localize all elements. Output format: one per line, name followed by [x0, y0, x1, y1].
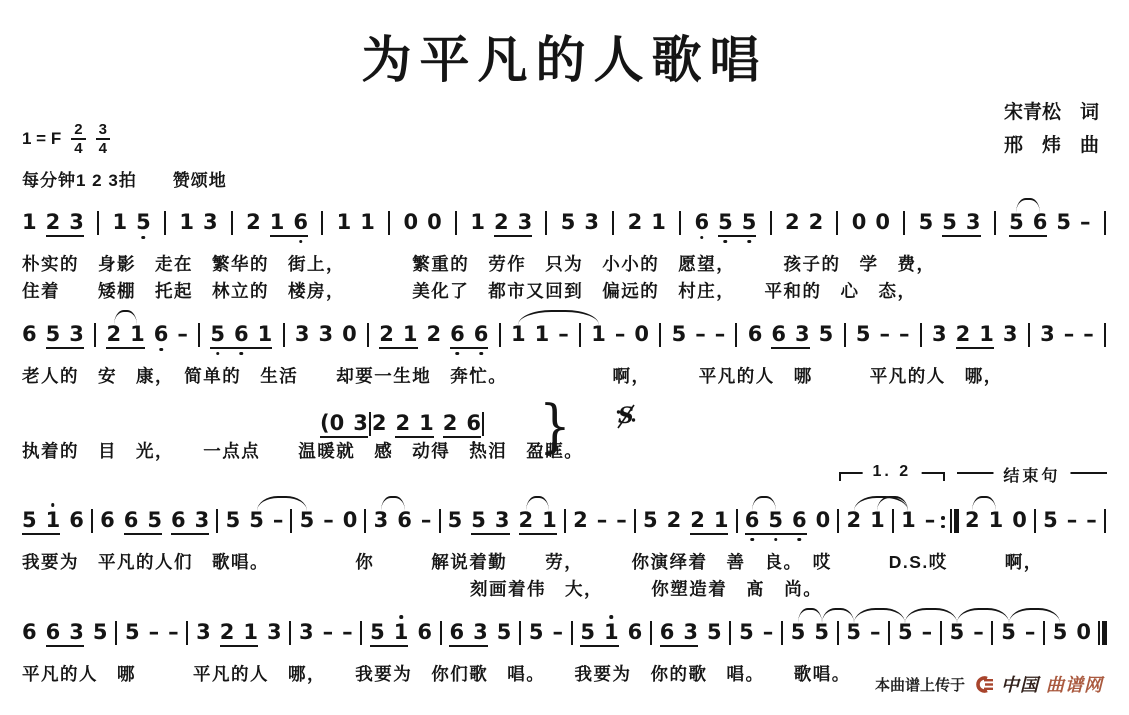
rest: 0 [1076, 622, 1091, 647]
measure: 21 [628, 212, 666, 237]
barline [499, 323, 501, 347]
barline [186, 621, 188, 645]
note: 6 [660, 622, 675, 643]
barline [770, 211, 772, 235]
bracket-label: 1. 2 [863, 463, 922, 481]
beam-group: 21 [395, 413, 433, 438]
barline [364, 509, 366, 533]
note: 6 [124, 510, 139, 531]
dash: – [715, 324, 726, 349]
slur-arc [518, 310, 598, 325]
note: 2 [628, 212, 643, 237]
barline [1104, 509, 1106, 533]
barline [91, 509, 93, 533]
barline [545, 211, 547, 235]
site-watermark[interactable]: 本曲谱上传于 中国 曲谱网 [875, 671, 1103, 697]
note: 3 [69, 324, 84, 345]
note: 2 [494, 212, 509, 233]
barline [216, 509, 218, 533]
note: 1 [337, 212, 352, 237]
segno-icon: S [615, 403, 637, 434]
barline [940, 621, 942, 645]
note: 3 [518, 212, 533, 233]
barline [94, 323, 96, 347]
beam-group: 23 [46, 212, 84, 237]
dash: – [879, 324, 890, 349]
barline [564, 509, 566, 533]
note: 1 [604, 622, 619, 643]
dash: – [421, 510, 432, 535]
slur-arc [822, 608, 854, 623]
measure: 6635 [748, 324, 834, 349]
brace: } [539, 403, 571, 449]
inline-phrase-notes: (0322126 [320, 398, 485, 438]
note: 5 [448, 510, 463, 535]
slur-arc [526, 496, 550, 511]
note: 3 [374, 510, 389, 535]
inline-phrase-row: (0322126 } S [320, 392, 1107, 438]
measure: 2–– [573, 510, 627, 535]
note: 2 [220, 622, 235, 643]
measure: 655 [694, 212, 756, 237]
note: 6 [449, 622, 464, 643]
barline [321, 211, 323, 235]
barline [634, 509, 636, 533]
barline [482, 412, 484, 436]
note: 5 [93, 622, 108, 647]
beam-group: 21 [956, 324, 994, 349]
ending-bracket: 结束句 [957, 472, 1107, 482]
measure: 210 [965, 510, 1027, 535]
note: 6 [22, 622, 37, 647]
lyrics-line-2-verse-1: 老人的 安 康， 简单的 生活 却要一生地 奔忙。 啊， 平凡的人 哪 平凡的人… [22, 363, 1107, 388]
barline [115, 621, 117, 645]
lyricist-credit: 宋青松 词 [1004, 96, 1099, 129]
barline [369, 412, 371, 436]
note: 2 [847, 510, 862, 535]
measure: 00 [403, 212, 441, 237]
beam-group: 66 [450, 324, 488, 349]
beam-group: 51 [370, 622, 408, 647]
rest: 0 [342, 324, 357, 349]
note: 3 [1003, 324, 1018, 349]
measure: 3213 [196, 622, 282, 647]
song-title: 为平凡的人歌唱 [22, 20, 1107, 92]
note: 5 [46, 324, 61, 345]
note: 3 [966, 212, 981, 233]
slur-arc [257, 496, 307, 511]
note: 6 [397, 510, 412, 535]
note: 2 [965, 510, 980, 535]
sheet-music-page: 为平凡的人歌唱 宋青松 词 邢 炜 曲 1 = F 2 4 3 4 每分钟1 2… [0, 0, 1129, 709]
note: 2 [395, 413, 410, 434]
measure: 5– [739, 622, 773, 647]
note: 5 [147, 510, 162, 531]
volta-bracket: 1. 2 [839, 472, 946, 482]
note: 1 [270, 212, 285, 233]
lyrics-line-3-verse-1: 我要为 平凡的人们 歌唱。 你 解说着勤 劳， 你演绎着 善 良。 哎 D.S.… [22, 549, 1107, 574]
measure: 21 [847, 510, 885, 535]
measure: 216– [106, 324, 187, 349]
dash: – [1080, 212, 1091, 237]
note: 2 [106, 324, 121, 345]
note: 6 [46, 622, 61, 643]
measure: 5–0 [300, 510, 358, 535]
measure: 565– [1009, 212, 1090, 237]
note: 1 [419, 413, 434, 434]
note: 2 [667, 510, 682, 535]
measure: 5–– [856, 324, 910, 349]
note: 6 [474, 324, 489, 345]
note: 5 [819, 324, 834, 349]
note: 3 [267, 622, 282, 647]
note: 5 [898, 622, 913, 647]
barline [991, 621, 993, 645]
dash: – [615, 324, 626, 349]
measure: 55 [791, 622, 829, 647]
note: 5 [249, 510, 264, 535]
note: 6 [628, 622, 643, 647]
beam-group: 26 [443, 413, 481, 438]
beam-group: 63 [449, 622, 487, 647]
beam-group: 23 [494, 212, 532, 237]
barline [1028, 323, 1030, 347]
measure: 635 [660, 622, 722, 647]
slur-arc [972, 496, 996, 511]
barline [994, 211, 996, 235]
dash: – [1025, 622, 1036, 647]
measure: 6560 [745, 510, 831, 535]
measure: 6635 [22, 622, 108, 647]
measure: 3213 [932, 324, 1018, 349]
dash: – [870, 622, 881, 647]
beam-group: 561 [210, 324, 272, 349]
note: 6 [171, 510, 186, 531]
slur-arc [854, 608, 906, 623]
note: 3 [683, 622, 698, 643]
note: 3 [495, 510, 510, 531]
rest: 0 [634, 324, 649, 349]
measure: 553 [919, 212, 981, 237]
note: 5 [768, 510, 783, 531]
note: 3 [473, 622, 488, 643]
note: 1 [360, 212, 375, 237]
site-name-rest: 曲谱网 [1046, 671, 1103, 697]
measure: 5–– [672, 324, 726, 349]
rest: 0 [816, 510, 831, 535]
dash: – [1086, 510, 1097, 535]
note: 5 [791, 622, 806, 647]
note: 5 [210, 324, 225, 345]
note: 6 [771, 324, 786, 345]
measure: 55321 [448, 510, 557, 535]
beam-group: 21 [690, 510, 728, 535]
note: 3 [584, 212, 599, 237]
barline [679, 211, 681, 235]
rest: 0 [852, 212, 867, 237]
note: 5 [1053, 622, 1068, 647]
barline [198, 323, 200, 347]
note: 1 [46, 510, 61, 531]
beam-group: 21 [519, 510, 557, 535]
note: 2 [573, 510, 588, 535]
music-line-4: 66355––32133––5166355–5166355–555–5–5–5–… [22, 601, 1107, 655]
dash: – [1083, 324, 1094, 349]
note: 5 [739, 622, 754, 647]
note: 1 [258, 324, 273, 345]
barline [650, 621, 652, 645]
note: 5 [22, 510, 37, 531]
beam-group: (03 [320, 413, 368, 438]
note: 5 [950, 622, 965, 647]
note: 5 [1043, 510, 1058, 535]
beam-group: 53 [46, 324, 84, 349]
note: 2 [443, 413, 458, 434]
barline [735, 323, 737, 347]
note: 1 [130, 324, 145, 345]
note: 3 [299, 622, 314, 647]
measure: 635 [449, 622, 511, 647]
note: 5 [718, 212, 733, 233]
note: 2 [46, 212, 61, 233]
slur-arc [1016, 198, 1040, 213]
barline [837, 509, 839, 533]
final-barline [1098, 621, 1107, 645]
dash: – [597, 510, 608, 535]
site-logo-icon [972, 675, 994, 694]
barline [579, 323, 581, 347]
note: 5 [226, 510, 241, 535]
dash: – [899, 324, 910, 349]
beam-group: 53 [942, 212, 980, 237]
measure: 3–– [299, 622, 353, 647]
barline [920, 323, 922, 347]
beam-group: 63 [660, 622, 698, 647]
beam-group: 51 [580, 622, 618, 647]
measure: 55– [226, 510, 284, 535]
lyrics-line-1-verse-1: 朴实的 身影 走在 繁华的 街上， 繁重的 劳作 只为 小小的 愿望， 孩子的 … [22, 251, 1107, 276]
key-signature: 1 = F 2 4 3 4 [22, 122, 1107, 156]
note: 3 [353, 413, 368, 434]
note: 1 [591, 324, 606, 349]
barline [283, 323, 285, 347]
composer-credit: 邢 炜 曲 [1004, 129, 1099, 162]
barline [781, 621, 783, 645]
rest: 0 [427, 212, 442, 237]
note: 3 [195, 510, 210, 531]
beam-group: 656 [745, 510, 807, 535]
rest: 0 [403, 212, 418, 237]
note: 6 [100, 510, 115, 535]
note: 5 [561, 212, 576, 237]
beam-group: 63 [771, 324, 809, 349]
barline [888, 621, 890, 645]
dash: – [323, 622, 334, 647]
dash: – [558, 324, 569, 349]
note: 1 [901, 510, 916, 535]
measure: 11 [337, 212, 375, 237]
note: 6 [22, 324, 37, 349]
measure: 66563 [100, 510, 209, 535]
barline [290, 509, 292, 533]
note: 3 [318, 324, 333, 349]
note: 2 [785, 212, 800, 237]
measure: 5– [898, 622, 932, 647]
measure: 36– [374, 510, 432, 535]
note: 5 [370, 622, 385, 643]
barline [736, 509, 738, 533]
rest: 0 [1012, 510, 1027, 535]
measure: 13 [179, 212, 217, 237]
barline [903, 211, 905, 235]
note: 5 [856, 324, 871, 349]
note: 1 [542, 510, 557, 531]
dash: – [149, 622, 160, 647]
note: 1 [989, 510, 1004, 535]
note: 6 [748, 324, 763, 349]
barline [519, 621, 521, 645]
note: 1 [870, 510, 885, 535]
bracket-label: 结束句 [993, 463, 1070, 486]
note: 6 [69, 510, 84, 535]
beam-group: 51 [22, 510, 60, 535]
note: 1 [535, 324, 550, 349]
measure: 3–– [1040, 324, 1094, 349]
note: 1 [714, 510, 729, 531]
rest: 0 [875, 212, 890, 237]
dash: – [273, 510, 284, 535]
note: 2 [690, 510, 705, 531]
beam-group: 56 [1009, 212, 1047, 237]
note: 5 [471, 510, 486, 531]
barline [289, 621, 291, 645]
note: 5 [814, 622, 829, 647]
note: 1 [112, 212, 127, 237]
measure: 5–– [1043, 510, 1097, 535]
barline [1104, 211, 1106, 235]
note: 6 [792, 510, 807, 531]
music-line-1: 1231513216110012353216552200553565– [22, 191, 1107, 245]
measure: 15 [112, 212, 150, 237]
beam-group: 21 [379, 324, 417, 349]
measure: 21266 [379, 324, 488, 349]
barline [439, 509, 441, 533]
measure: 330 [295, 324, 357, 349]
music-line-2: 653216–5613302126611–1–05––66355––32133–… [22, 303, 1107, 357]
barline [892, 509, 894, 533]
measure: 5–– [125, 622, 179, 647]
note: 6 [293, 212, 308, 233]
measure: (03 [320, 413, 368, 438]
slur-arc [114, 310, 138, 325]
dash: – [616, 510, 627, 535]
dash: – [177, 324, 188, 349]
note: 2 [427, 324, 442, 349]
barline [1043, 621, 1045, 645]
note: 5 [1001, 622, 1016, 647]
barline [729, 621, 731, 645]
slur-arc [957, 608, 1009, 623]
beam-group: 63 [171, 510, 209, 535]
measure: 516 [22, 510, 84, 535]
barline [1034, 509, 1036, 533]
note: 2 [956, 324, 971, 345]
barline [837, 621, 839, 645]
note: 6 [417, 622, 432, 647]
note: 1 [511, 324, 526, 349]
barline [612, 211, 614, 235]
dash: – [763, 622, 774, 647]
note: 6 [745, 510, 760, 531]
slur-arc [381, 496, 405, 511]
note: 5 [846, 622, 861, 647]
barline [388, 211, 390, 235]
lyrics-line-3-verse-2: 刻画着伟 大， 你塑造着 髙 尚。 [470, 576, 1107, 601]
beam-group: 65 [124, 510, 162, 535]
note: 6 [154, 324, 169, 349]
measure: 1–0 [591, 324, 649, 349]
barline [97, 211, 99, 235]
dash: – [1064, 324, 1075, 349]
note: 6 [450, 324, 465, 345]
measure: 22126 [372, 413, 481, 438]
music-line-3: 5166656355–5–036–553212––52216560211–210… [22, 463, 1107, 543]
barline [440, 621, 442, 645]
tempo-marking: 每分钟1 2 3拍 赞颂地 [22, 166, 1107, 191]
barline [455, 211, 457, 235]
note: 1 [651, 212, 666, 237]
note: 1 [243, 622, 258, 643]
measure: 5– [950, 622, 984, 647]
note: 6 [1033, 212, 1048, 233]
note: 5 [643, 510, 658, 535]
note: 2 [379, 324, 394, 345]
measure: 1– [901, 510, 935, 535]
note: 5 [942, 212, 957, 233]
slur-arc [798, 608, 822, 623]
beam-group: 21 [106, 324, 144, 349]
measure: 5– [1001, 622, 1035, 647]
note: 5 [136, 212, 151, 237]
time-signature-3-4: 3 4 [96, 122, 110, 156]
measure: 53 [561, 212, 599, 237]
slur-arc [752, 496, 776, 511]
measure: 50 [1053, 622, 1091, 647]
note: 3 [196, 622, 211, 647]
barline [231, 211, 233, 235]
note: 3 [203, 212, 218, 237]
note: 2 [809, 212, 824, 237]
rest: 0 [343, 510, 358, 535]
barline [571, 621, 573, 645]
rest: (0 [320, 413, 344, 434]
note: 3 [795, 324, 810, 345]
note: 6 [234, 324, 249, 345]
key-prefix: 1 = F [22, 129, 61, 149]
slur-arc [1009, 608, 1061, 623]
dash: – [925, 510, 936, 535]
note: 5 [672, 324, 687, 349]
barline [844, 323, 846, 347]
dash: – [168, 622, 179, 647]
note: 1 [22, 212, 37, 237]
note: 1 [179, 212, 194, 237]
time-signature-2-4: 2 4 [71, 122, 85, 156]
measure: 516 [580, 622, 642, 647]
beam-group: 63 [46, 622, 84, 647]
note: 5 [300, 510, 315, 535]
note: 5 [919, 212, 934, 237]
